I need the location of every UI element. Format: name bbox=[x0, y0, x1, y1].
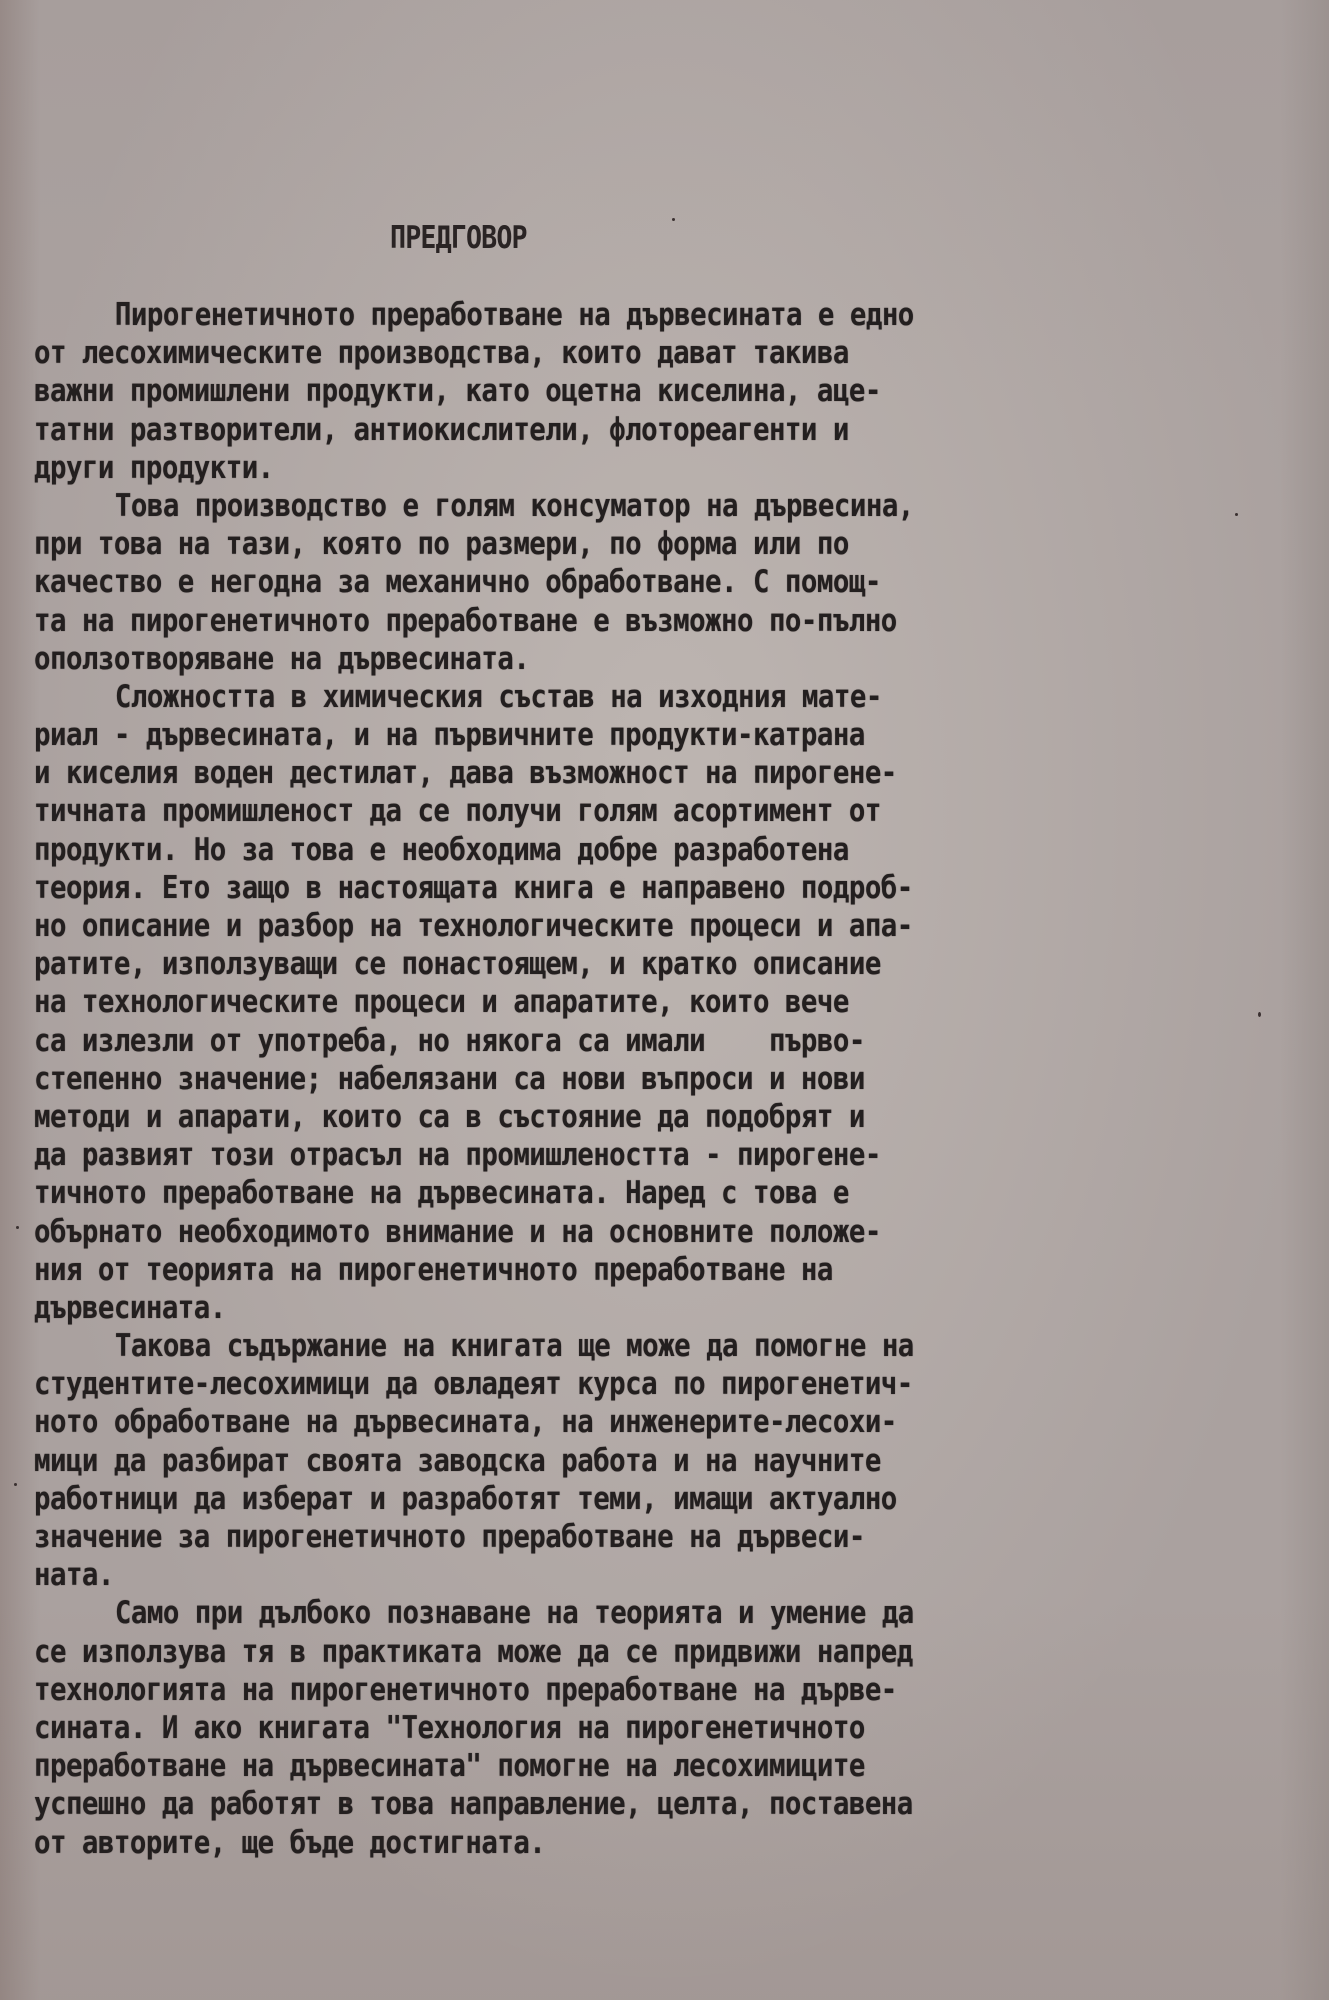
text-line: при това на тази, която по размери, по ф… bbox=[34, 525, 1156, 563]
text-line: степенно значение; набелязани са нови въ… bbox=[34, 1060, 1156, 1098]
text-line: тичното преработване на дървесината. Нар… bbox=[34, 1174, 1156, 1212]
text-line: продукти. Но за това е необходима добре … bbox=[34, 831, 1156, 869]
ink-speck bbox=[16, 1226, 19, 1229]
text-line: обърнато необходимото внимание и на осно… bbox=[34, 1213, 1156, 1251]
text-line: сината. И ако книгата "Технология на пир… bbox=[34, 1709, 1156, 1747]
text-line: та на пирогенетичното преработване е въз… bbox=[34, 602, 1156, 640]
ink-speck bbox=[1258, 1012, 1261, 1017]
ink-speck bbox=[672, 218, 675, 221]
text-line: методи и апарати, които са в състояние д… bbox=[34, 1098, 1156, 1136]
text-line: татни разтворители, антиокислители, флот… bbox=[34, 411, 1156, 449]
text-line: работници да изберат и разработят теми, … bbox=[34, 1480, 1156, 1518]
paragraph-first-line: Такова съдържание на книгата ще може да … bbox=[34, 1327, 1156, 1365]
text-line: от авторите, ще бъде достигната. bbox=[34, 1824, 1156, 1862]
text-line: ратите, използуващи се понастоящем, и кр… bbox=[34, 945, 1156, 983]
text-line: от лесохимическите производства, които д… bbox=[34, 334, 1156, 372]
text-line: преработване на дървесината" помогне на … bbox=[34, 1747, 1156, 1785]
text-line: тичната промишленост да се получи голям … bbox=[34, 792, 1156, 830]
paragraph-first-line: Сложността в химическия състав на изходн… bbox=[34, 678, 1156, 716]
text-line: ното обработване на дървесината, на инже… bbox=[34, 1403, 1156, 1441]
text-line: оползотворяване на дървесината. bbox=[34, 640, 1156, 678]
text-line: значение за пирогенетичното преработване… bbox=[34, 1518, 1156, 1556]
text-line: и киселия воден дестилат, дава възможнос… bbox=[34, 754, 1156, 792]
text-line: мици да разбират своята заводска работа … bbox=[34, 1442, 1156, 1480]
text-line: технологията на пирогенетичното преработ… bbox=[34, 1671, 1156, 1709]
text-line: но описание и разбор на технологическите… bbox=[34, 907, 1156, 945]
ink-speck bbox=[346, 1800, 350, 1804]
text-line: да развият този отрасъл на промишленостт… bbox=[34, 1136, 1156, 1174]
document-page: ПРЕДГОВОР Пирогенетичното преработване н… bbox=[0, 0, 1329, 2000]
text-line: ния от теорията на пирогенетичното прера… bbox=[34, 1251, 1156, 1289]
text-line: успешно да работят в това направление, ц… bbox=[34, 1785, 1156, 1823]
paragraph-first-line: Това производство е голям консуматор на … bbox=[34, 487, 1156, 525]
text-line: дървесината. bbox=[34, 1289, 1156, 1327]
text-line: качество е негодна за механично обработв… bbox=[34, 563, 1156, 601]
text-line: други продукти. bbox=[34, 449, 1156, 487]
text-line: важни промишлени продукти, като оцетна к… bbox=[34, 372, 1156, 410]
text-line: риал - дървесината, и на първичните прод… bbox=[34, 716, 1156, 754]
text-line: се използува тя в практиката може да се … bbox=[34, 1633, 1156, 1671]
text-line: ната. bbox=[34, 1556, 1156, 1594]
ink-speck bbox=[1235, 513, 1238, 516]
text-line: теория. Ето защо в настоящата книга е на… bbox=[34, 869, 1156, 907]
page-title: ПРЕДГОВОР bbox=[390, 220, 527, 256]
paragraph-first-line: Пирогенетичното преработване на дървесин… bbox=[34, 296, 1156, 334]
text-line: са излезли от употреба, но някога са има… bbox=[34, 1022, 1156, 1060]
text-line: на технологическите процеси и апаратите,… bbox=[34, 983, 1156, 1021]
paragraph-first-line: Само при дълбоко познаване на теорията и… bbox=[34, 1594, 1156, 1632]
ink-speck bbox=[14, 1483, 17, 1486]
text-line: студентите-лесохимици да овладеят курса … bbox=[34, 1365, 1156, 1403]
preface-body: Пирогенетичното преработване на дървесин… bbox=[34, 296, 1324, 1862]
